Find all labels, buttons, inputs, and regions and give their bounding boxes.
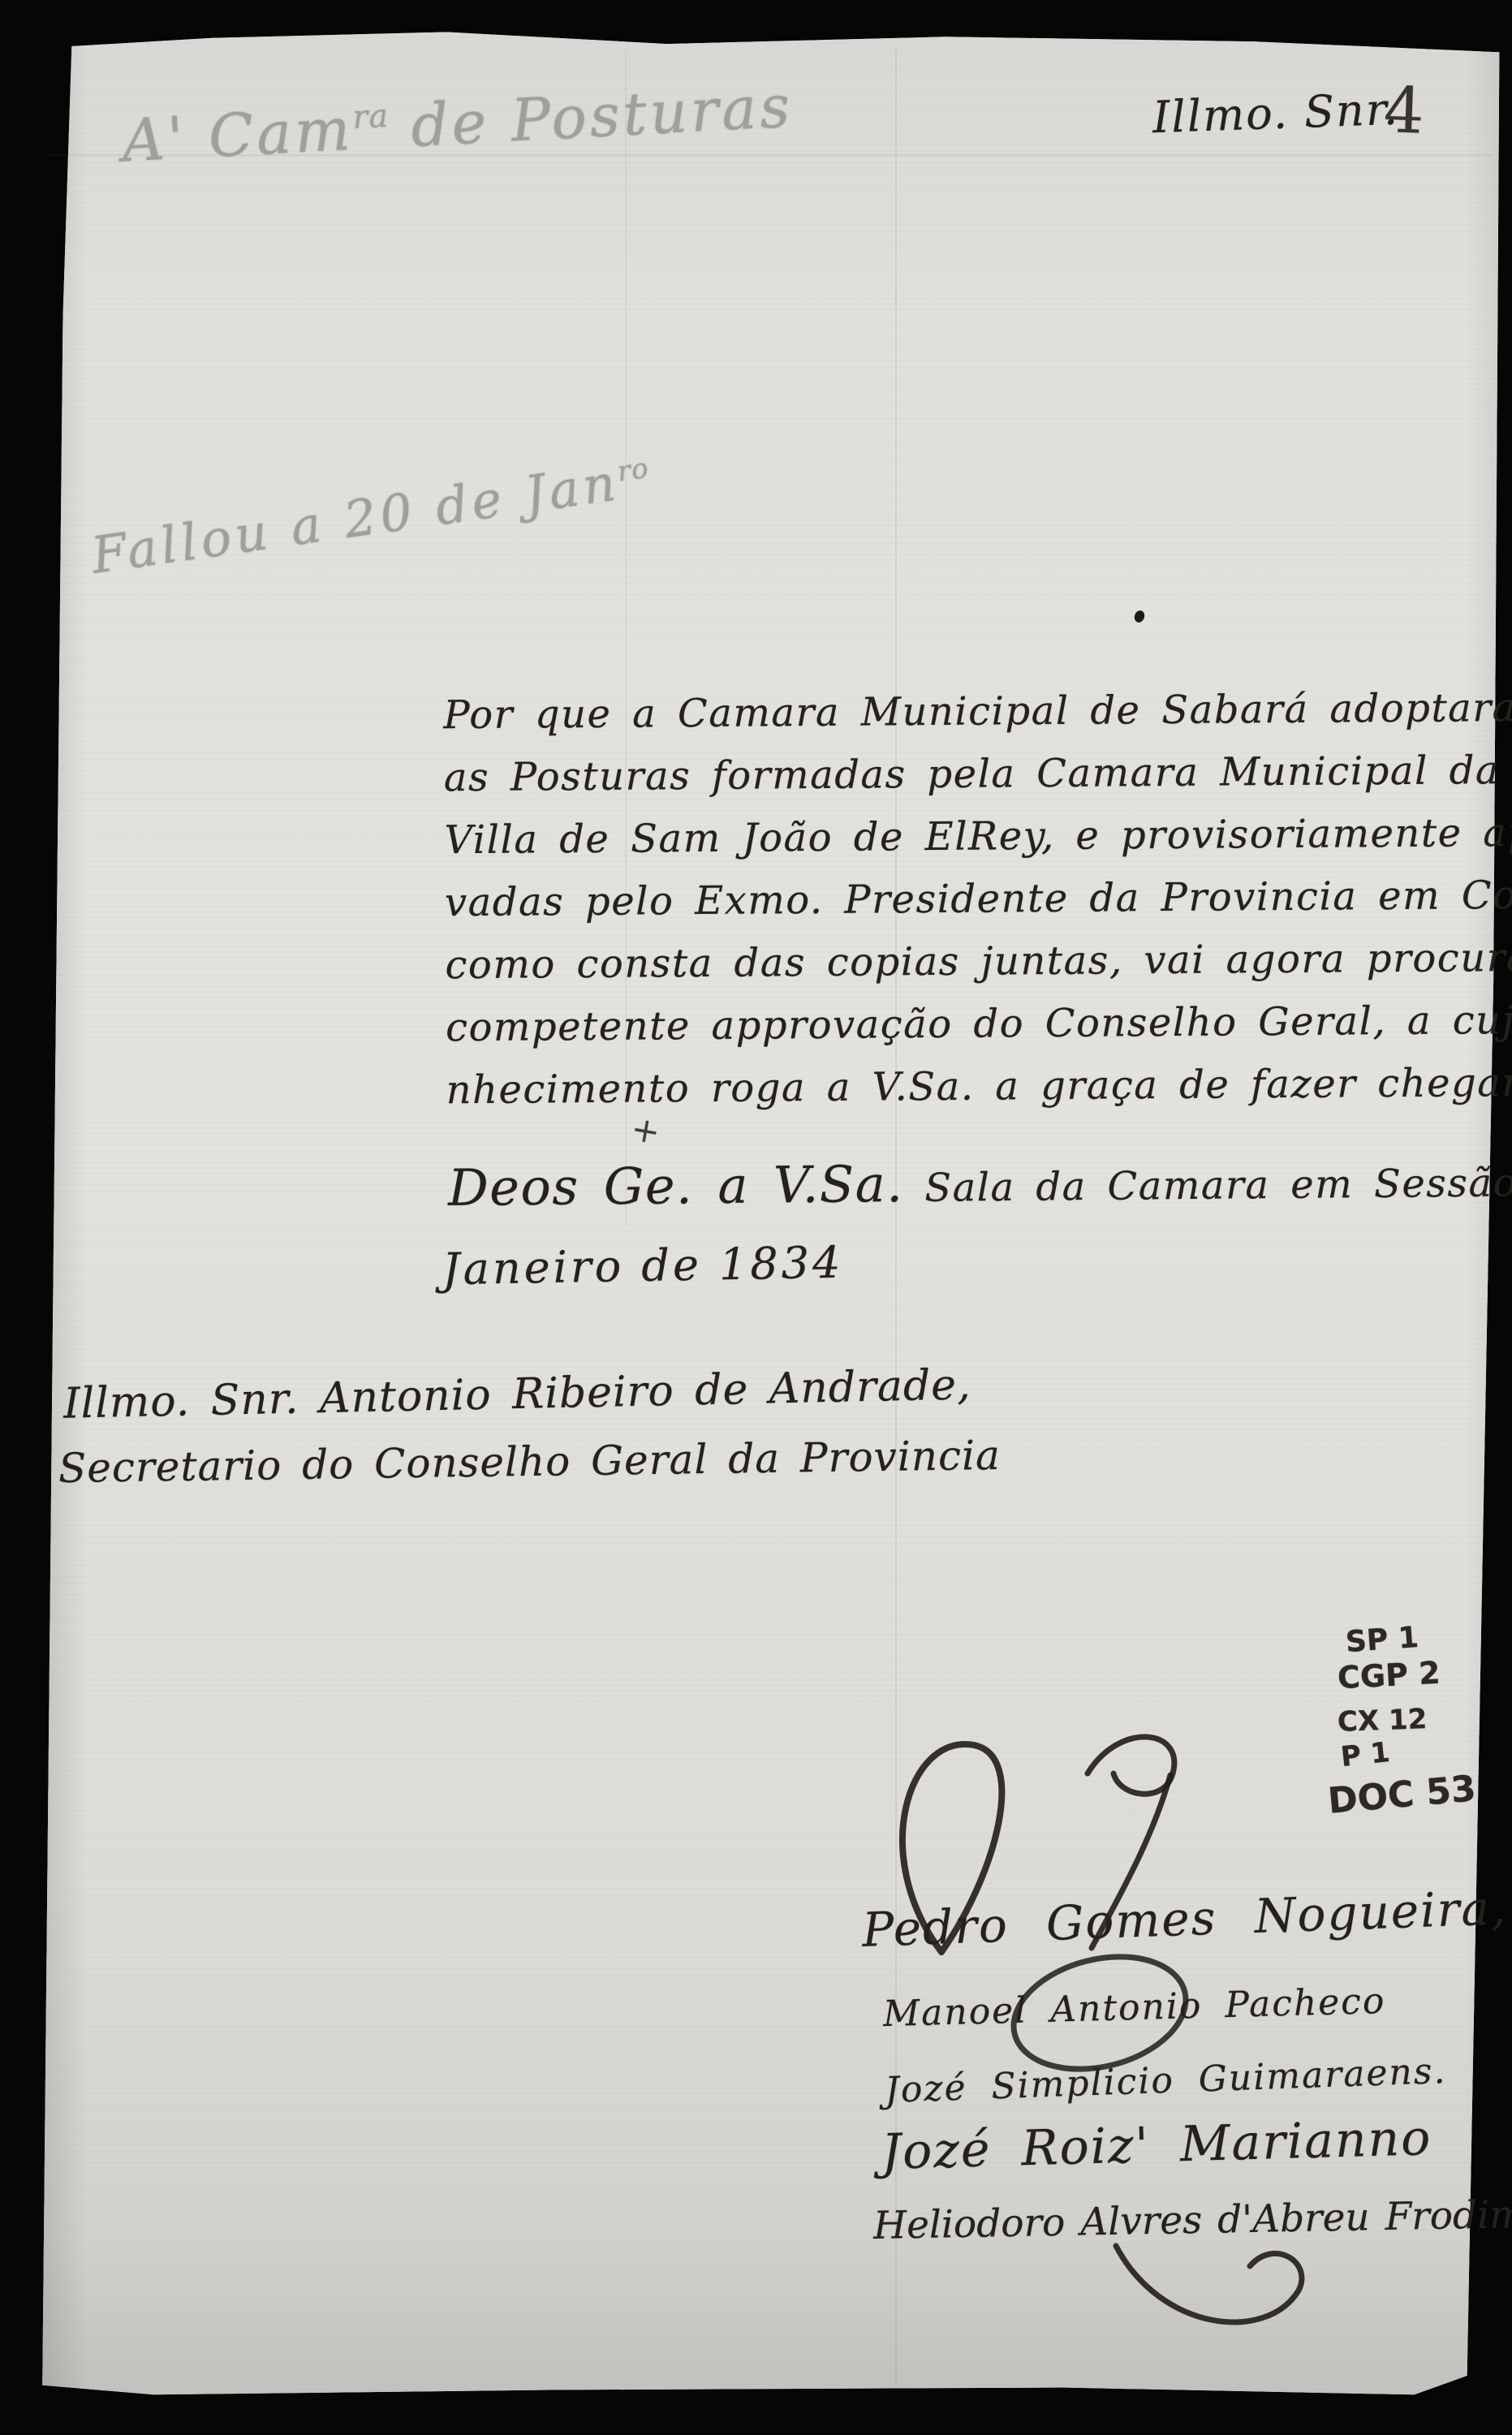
scanned-document: A' Camra de Posturas Illmo. Snr. 4 Fallo…	[0, 0, 1512, 2435]
body-line: as Posturas formadas pela Camara Municip…	[444, 739, 1512, 809]
pencil-annotation-top-sup: ra	[351, 97, 390, 136]
archive-mark-cx: CX 12	[1337, 1703, 1428, 1739]
folio-number: 4	[1382, 74, 1425, 149]
letter-body: Por que a Camara Municipal de Sabará ado…	[443, 676, 1512, 1122]
dateline-rest: Sala da Camara em Sessão de 11 de	[903, 1158, 1512, 1211]
salutation-top: Illmo. Snr.	[1152, 84, 1400, 144]
pencil-note-sup: ro	[615, 452, 651, 489]
dateline: Deos Ge. a V.Sa. Sala da Camara em Sessã…	[448, 1147, 1512, 1217]
body-line: Villa de Sam João de ElRey, e provisoria…	[444, 801, 1512, 872]
body-line: como consta das copias juntas, vai agora…	[445, 926, 1512, 997]
archive-mark-sp: SP 1	[1345, 1621, 1420, 1659]
body-line: Por que a Camara Municipal de Sabará ado…	[443, 676, 1512, 747]
body-line: vadas pelo Exmo. Presidente da Provincia…	[445, 864, 1512, 934]
paper-sheet	[37, 31, 1502, 2404]
body-line: nhecimento roga a V.Sa. a graça de fazer…	[446, 1051, 1512, 1122]
pencil-annotation-top-text: A' Cam	[120, 95, 355, 175]
archive-mark-cgp: CGP 2	[1337, 1655, 1441, 1696]
signature-underline-flourish	[1104, 2234, 1347, 2347]
dateline-year: Janeiro de 1834	[442, 1237, 843, 1295]
body-line: competente approvação do Conselho Geral,…	[446, 989, 1512, 1059]
dateline-salutation: Deos Ge. a V.Sa.	[448, 1154, 904, 1217]
paper-texture	[37, 31, 1502, 2404]
archive-mark-p: P 1	[1339, 1736, 1391, 1773]
